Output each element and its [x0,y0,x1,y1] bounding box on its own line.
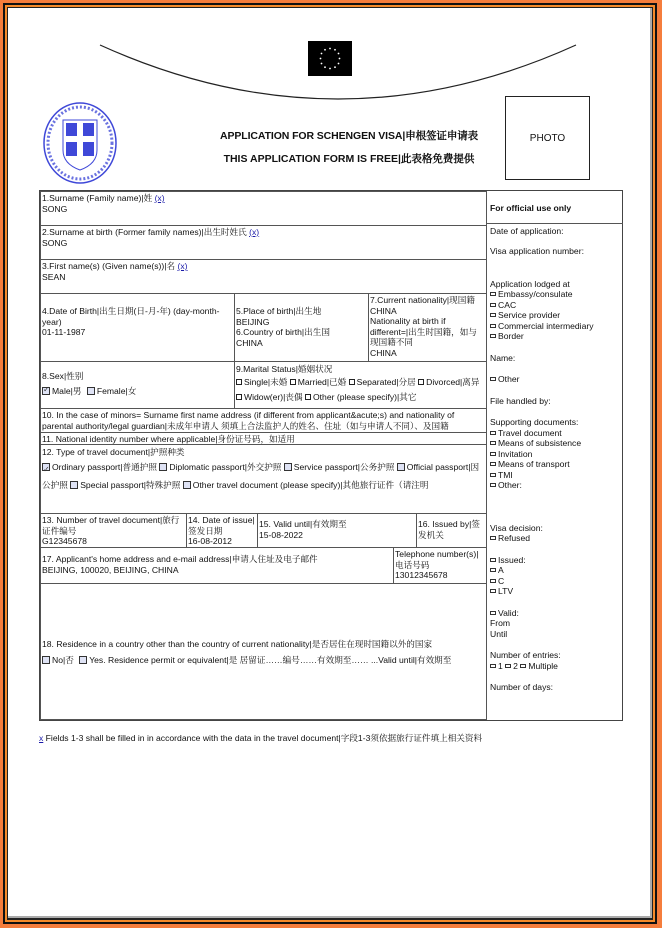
checkbox-icon [490,589,496,593]
form-page: APPLICATION FOR SCHENGEN VISA|申根签证申请表 TH… [8,8,652,918]
residence-no-label: No|否 [52,655,74,665]
marital-other-label: Other (please specify)|其它 [313,392,416,402]
lodged-option[interactable]: CAC [490,300,620,311]
checkbox-icon [490,473,496,477]
official-number-of-entries: Number of entries: [490,650,620,661]
official-other-option[interactable]: Other [490,374,620,385]
checkbox-icon [490,568,496,572]
checkbox-icon [490,313,496,317]
checkbox-icon [490,441,496,445]
field-travel-document-type-label: 12. Type of travel document|护照种类 [42,446,485,458]
supporting-option[interactable]: Means of subsistence [490,438,620,449]
marital-separated-checkbox[interactable] [349,379,355,385]
checkbox-icon [490,579,496,583]
field-date-of-birth-value: 01-11-1987 [42,327,233,338]
sex-female-label: Female|女 [97,386,136,396]
official-lodged-at: Application lodged at [490,279,620,290]
official-visa-application-number: Visa application number: [490,246,620,257]
official-name: Name: [490,353,620,364]
marital-divorced-checkbox[interactable] [418,379,424,385]
decision-issued-option[interactable]: Issued: [490,555,620,566]
field-nationality-value: CHINA [370,306,485,317]
field-marital-status: 9.Marital Status|婚姻状况 Single|未婚 Married|… [234,361,487,409]
checkbox-icon [490,536,496,540]
field-minor-guardian-label: 10. In the case of minors= Surname first… [42,410,454,431]
checkbox-icon [490,611,496,615]
field-telephone-value: 13012345678 [395,570,485,581]
field-place-of-birth-label: 5.Place of birth|出生地 [236,306,367,317]
field-valid-until[interactable]: 15. Valid until|有效期至 15-08-2022 [257,513,417,548]
checkbox-icon [490,462,496,466]
field-date-of-issue-label: 14. Date of issue|签发日期 [188,515,255,536]
checkbox-icon [520,664,526,668]
checkbox-icon [490,452,496,456]
official-use-title: For official use only [490,203,620,214]
marital-married-label: Married|已婚 [298,377,347,387]
doc-other-label: Other travel document (please specify)|其… [193,480,429,490]
field-nationality-at-birth-value: CHINA [370,348,485,359]
field-residence-label: 18. Residence in a country other than th… [42,636,485,652]
checkbox-icon [490,664,496,668]
field-country-of-birth-label: 6.Country of birth|出生国 [236,327,367,338]
field-surname-at-birth-value: SONG [42,238,485,249]
field-date-of-issue[interactable]: 14. Date of issue|签发日期 16-08-2012 [186,513,258,548]
doc-service-checkbox[interactable] [284,463,292,471]
supporting-option[interactable]: Travel document [490,428,620,439]
doc-service-label: Service passport|公务护照 [294,462,395,472]
field-place-of-birth-value: BEIJING [236,317,367,328]
checkbox-icon [490,334,496,338]
field-surname-value: SONG [42,204,485,215]
field-surname-at-birth-label: 2.Surname at birth (Former family names)… [42,227,249,237]
marital-separated-label: Separated|分居 [357,377,416,387]
field-date-of-birth-label: 4.Date of Birth|出生日期(日-月-年) (day-month-y… [42,306,219,327]
checkbox-icon [505,664,511,668]
field-issued-by[interactable]: 16. Issued by|签发机关 [416,513,487,548]
marital-divorced-label: Divorced|离异 [426,377,479,387]
field-sex: 8.Sex|性别 Male|男 Female|女 [40,361,235,409]
sex-male-label: Male|男 [52,386,81,396]
field-first-name-value: SEAN [42,272,485,283]
field-first-name[interactable]: 3.First name(s) (Given name(s))|名 (x) SE… [40,259,487,294]
official-number-of-days: Number of days: [490,682,620,693]
supporting-option[interactable]: Means of transport [490,459,620,470]
field-surname-label: 1.Surname (Family name)|姓 [42,193,155,203]
field-residence-other-country: 18. Residence in a country other than th… [40,583,487,720]
field-home-address[interactable]: 17. Applicant's home address and e-mail … [40,547,394,584]
application-form-table: 1.Surname (Family name)|姓 (x) SONG 2.Sur… [39,190,623,721]
official-supporting-documents: Supporting documents: [490,417,620,428]
official-date-of-application: Date of application: [490,226,620,237]
marital-single-label: Single|未婚 [244,377,287,387]
marital-widow-label: Widow(er)|丧偶 [244,392,303,402]
lodged-option[interactable]: Commercial intermediary [490,321,620,332]
marital-single-checkbox[interactable] [236,379,242,385]
field-travel-document-type: 12. Type of travel document|护照种类 Ordinar… [40,444,487,514]
doc-diplomatic-label: Diplomatic passport|外交护照 [169,462,281,472]
field-date-of-issue-value: 16-08-2012 [188,536,256,547]
sex-male-checkbox[interactable] [42,387,50,395]
doc-ordinary-label: Ordinary passport|普通护照 [52,462,157,472]
checkbox-icon [490,483,496,487]
checkbox-icon [490,558,496,562]
issued-option[interactable]: LTV [490,586,620,597]
footnote-link[interactable]: (x) [177,261,187,271]
field-first-name-label: 3.First name(s) (Given name(s))|名 [42,261,177,271]
footnote: x Fields 1-3 shall be filled in in accor… [39,732,482,744]
field-telephone[interactable]: Telephone number(s)|电话号码 13012345678 [393,547,487,584]
issued-option[interactable]: C [490,576,620,587]
valid-option[interactable]: Valid: [490,608,620,619]
photo-box: PHOTO [505,96,590,180]
field-valid-until-label: 15. Valid until|有效期至 [259,519,347,529]
field-home-address-value: BEIJING, 100020, BEIJING, CHINA [42,565,392,576]
field-nationality[interactable]: 7.Current nationality|现国籍 CHINA National… [368,293,487,362]
sex-female-checkbox[interactable] [87,387,95,395]
residence-yes-label: Yes. Residence permit or equivalent|是 居留… [89,655,451,665]
checkbox-icon [490,303,496,307]
marital-married-checkbox[interactable] [290,379,296,385]
checkbox-icon [490,377,496,381]
official-use-column: For official use only Date of applicatio… [486,191,623,720]
field-national-id-label: 11. National identity number where appli… [42,434,295,444]
footnote-link[interactable]: (x) [155,193,165,203]
lodged-option[interactable]: Embassy/consulate [490,289,620,300]
lodged-option[interactable]: Service provider [490,310,620,321]
supporting-option[interactable]: Invitation [490,449,620,460]
official-visa-decision: Visa decision: [490,523,620,534]
field-valid-until-value: 15-08-2022 [259,530,415,541]
field-date-of-birth[interactable]: 4.Date of Birth|出生日期(日-月-年) (day-month-y… [40,293,235,362]
field-travel-document-number[interactable]: 13. Number of travel document|旅行证件编号 G12… [40,513,187,548]
supporting-option[interactable]: Other: [490,480,620,491]
lodged-option[interactable]: Border [490,331,620,342]
residence-no-checkbox[interactable] [42,656,50,664]
supporting-option[interactable]: TMI [490,470,620,481]
checkbox-icon [490,431,496,435]
official-valid-until: Until [490,629,620,640]
decision-refused-option[interactable]: Refused [490,533,620,544]
field-travel-document-number-label: 13. Number of travel document|旅行证件编号 [42,515,179,536]
marital-widow-checkbox[interactable] [236,394,242,400]
doc-official-checkbox[interactable] [397,463,405,471]
field-issued-by-label: 16. Issued by|签发机关 [418,519,480,540]
residence-yes-checkbox[interactable] [79,656,87,664]
field-sex-label: 8.Sex|性别 [42,371,233,382]
field-country-of-birth-value: CHINA [236,338,367,349]
doc-diplomatic-checkbox[interactable] [159,463,167,471]
footnote-text: Fields 1-3 shall be filled in in accorda… [43,733,482,743]
official-file-handled-by: File handled by: [490,396,620,407]
checkbox-icon [490,324,496,328]
checkbox-icon [490,292,496,296]
field-nationality-label: 7.Current nationality|现国籍 [370,295,485,306]
issued-option[interactable]: A [490,565,620,576]
photo-label: PHOTO [530,133,565,144]
doc-ordinary-checkbox[interactable] [42,463,50,471]
field-surname-at-birth[interactable]: 2.Surname at birth (Former family names)… [40,225,487,260]
eu-flag-icon [308,41,352,76]
field-minor-guardian[interactable]: 10. In the case of minors= Surname first… [40,408,487,433]
entries-options[interactable]: 1 2 Multiple [490,661,620,672]
field-nationality-at-birth-label: Nationality at birth if different=|出生时国籍… [370,316,485,348]
field-travel-document-number-value: G12345678 [42,536,185,547]
doc-special-label: Special passport|特殊护照 [80,480,180,490]
footnote-link[interactable]: (x) [249,227,259,237]
field-surname[interactable]: 1.Surname (Family name)|姓 (x) SONG [40,191,487,226]
field-home-address-label: 17. Applicant's home address and e-mail … [42,554,318,564]
marital-other-checkbox[interactable] [305,394,311,400]
field-marital-status-label: 9.Marital Status|婚姻状况 [236,363,485,375]
doc-other-checkbox[interactable] [183,481,191,489]
official-valid-from: From [490,618,620,629]
field-telephone-label: Telephone number(s)|电话号码 [395,549,478,570]
greek-coat-of-arms-icon [41,98,119,188]
field-place-country-of-birth[interactable]: 5.Place of birth|出生地 BEIJING 6.Country o… [234,293,369,362]
doc-special-checkbox[interactable] [70,481,78,489]
